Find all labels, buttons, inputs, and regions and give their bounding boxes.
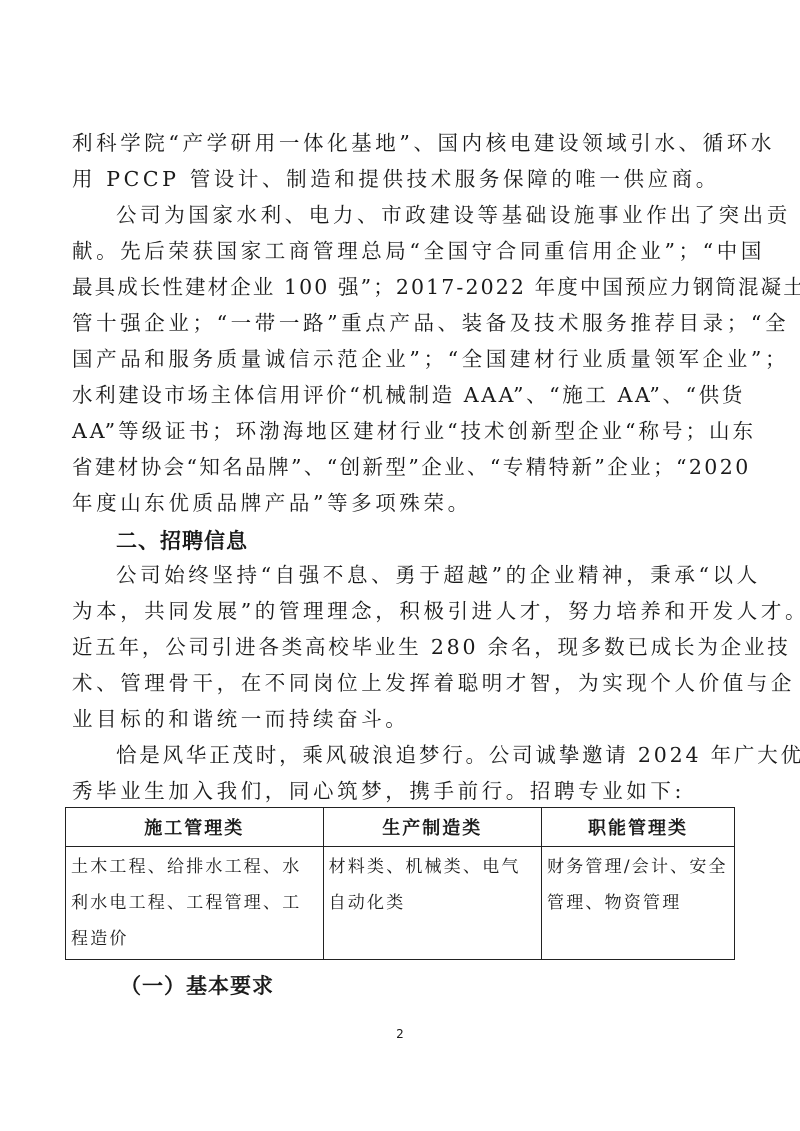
- paragraph-line: 用 PCCP 管设计、制造和提供技术服务保障的唯一供应商。: [72, 167, 732, 191]
- paragraph-line: 公司始终坚持“自强不息、勇于超越”的企业精神，秉承“以人: [116, 563, 732, 587]
- majors-table: 施工管理类 生产制造类 职能管理类 土木工程、给排水工程、水利水电工程、工程管理…: [65, 807, 735, 960]
- table-cell: 材料类、机械类、电气自动化类: [323, 847, 541, 960]
- section-heading: 二、招聘信息: [116, 525, 248, 555]
- page-number: 2: [0, 1027, 800, 1041]
- paragraph-line: 省建材协会“知名品牌”、“创新型”企业、“专精特新”企业；“2020: [72, 455, 732, 479]
- paragraph-line: 业目标的和谐统一而持续奋斗。: [72, 707, 732, 731]
- paragraph-line: 国产品和服务质量诚信示范企业”；“全国建材行业质量领军企业”；: [72, 347, 732, 371]
- table-header: 施工管理类: [66, 808, 324, 847]
- paragraph-line: AA”等级证书；环渤海地区建材行业“技术创新型企业“称号；山东: [72, 419, 732, 443]
- paragraph-line: 最具成长性建材企业 100 强”；2017-2022 年度中国预应力钢筒混凝土: [72, 275, 732, 299]
- document-page: 利科学院“产学研用一体化基地”、国内核电建设领域引水、循环水 用 PCCP 管设…: [0, 0, 800, 1131]
- table-cell: 财务管理/会计、安全管理、物资管理: [542, 847, 735, 960]
- paragraph-line: 管十强企业；“一带一路”重点产品、装备及技术服务推荐目录；“全: [72, 311, 732, 335]
- paragraph-line: 近五年，公司引进各类高校毕业生 280 余名，现多数已成长为企业技: [72, 635, 732, 659]
- table-row: 土木工程、给排水工程、水利水电工程、工程管理、工程造价 材料类、机械类、电气自动…: [66, 847, 735, 960]
- paragraph-line: 术、管理骨干，在不同岗位上发挥着聪明才智，为实现个人价值与企: [72, 671, 732, 695]
- table-cell: 土木工程、给排水工程、水利水电工程、工程管理、工程造价: [66, 847, 324, 960]
- paragraph-line: 献。先后荣获国家工商管理总局“全国守合同重信用企业”；“中国: [72, 239, 732, 263]
- paragraph-line: 秀毕业生加入我们，同心筑梦，携手前行。招聘专业如下:: [72, 779, 732, 803]
- paragraph-line: 水利建设市场主体信用评价“机械制造 AAA”、“施工 AA”、“供货: [72, 383, 732, 407]
- table-header: 职能管理类: [542, 808, 735, 847]
- subsection-heading: （一）基本要求: [120, 970, 274, 1000]
- paragraph-line: 为本，共同发展”的管理理念，积极引进人才，努力培养和开发人才。: [72, 599, 732, 623]
- paragraph-line: 年度山东优质品牌产品”等多项殊荣。: [72, 491, 732, 515]
- table-header-row: 施工管理类 生产制造类 职能管理类: [66, 808, 735, 847]
- table-header: 生产制造类: [323, 808, 541, 847]
- paragraph-line: 恰是风华正茂时，乘风破浪追梦行。公司诚挚邀请 2024 年广大优: [116, 743, 732, 767]
- paragraph-line: 利科学院“产学研用一体化基地”、国内核电建设领域引水、循环水: [72, 131, 732, 155]
- paragraph-line: 公司为国家水利、电力、市政建设等基础设施事业作出了突出贡: [116, 203, 732, 227]
